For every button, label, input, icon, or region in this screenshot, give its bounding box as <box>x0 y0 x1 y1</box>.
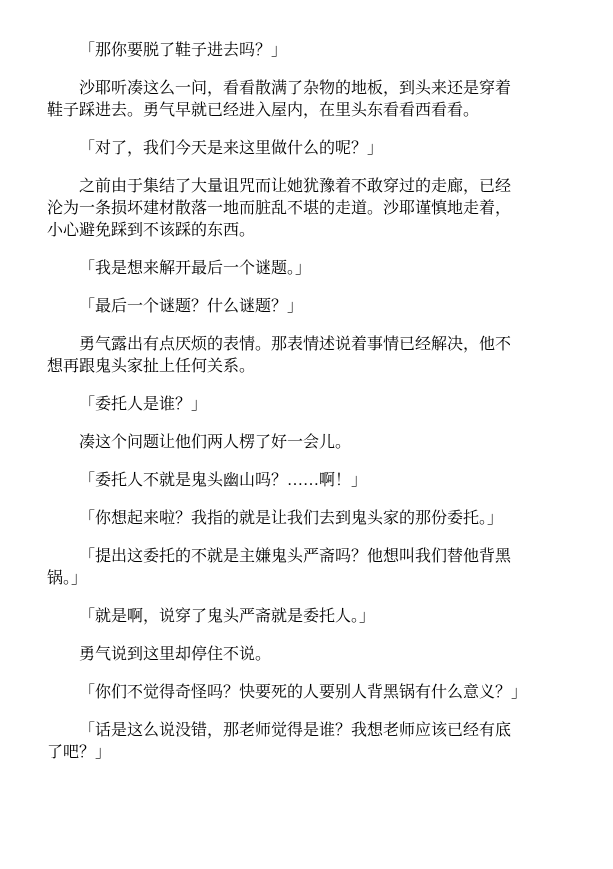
paragraph-narration: 勇气说到这里却停住不说。 <box>47 644 521 666</box>
paragraph-dialogue: 「对了，我们今天是来这里做什么的呢？」 <box>47 138 521 160</box>
paragraph-dialogue: 「委托人是谁？」 <box>47 394 521 416</box>
paragraph-narration: 勇气露出有点厌烦的表情。那表情述说着事情已经解决，他不想再跟鬼头家扯上任何关系。 <box>47 334 521 378</box>
paragraph-dialogue: 「话是这么说没错，那老师觉得是谁？我想老师应该已经有底了吧？」 <box>47 720 521 764</box>
paragraph-narration: 沙耶听凑这么一问，看看散满了杂物的地板，到头来还是穿着鞋子踩进去。勇气早就已经进… <box>47 78 521 122</box>
paragraph-dialogue: 「你想起来啦？我指的就是让我们去到鬼头家的那份委托。」 <box>47 508 521 530</box>
paragraph-narration: 之前由于集结了大量诅咒而让她犹豫着不敢穿过的走廊，已经沦为一条损坏建材散落一地而… <box>47 176 521 242</box>
paragraph-dialogue: 「委托人不就是鬼头幽山吗？……啊！」 <box>47 470 521 492</box>
paragraph-dialogue: 「就是啊，说穿了鬼头严斋就是委托人。」 <box>47 606 521 628</box>
paragraph-dialogue: 「我是想来解开最后一个谜题。」 <box>47 258 521 280</box>
document-page: 「那你要脱了鞋子进去吗？」 沙耶听凑这么一问，看看散满了杂物的地板，到头来还是穿… <box>0 0 613 869</box>
paragraph-dialogue: 「你们不觉得奇怪吗？快要死的人要别人背黑锅有什么意义？」 <box>47 682 521 704</box>
paragraph-dialogue: 「那你要脱了鞋子进去吗？」 <box>47 40 521 62</box>
paragraph-dialogue: 「最后一个谜题？什么谜题？」 <box>47 296 521 318</box>
paragraph-dialogue: 「提出这委托的不就是主嫌鬼头严斋吗？他想叫我们替他背黑锅。」 <box>47 546 521 590</box>
paragraph-narration: 凑这个问题让他们两人楞了好一会儿。 <box>47 432 521 454</box>
